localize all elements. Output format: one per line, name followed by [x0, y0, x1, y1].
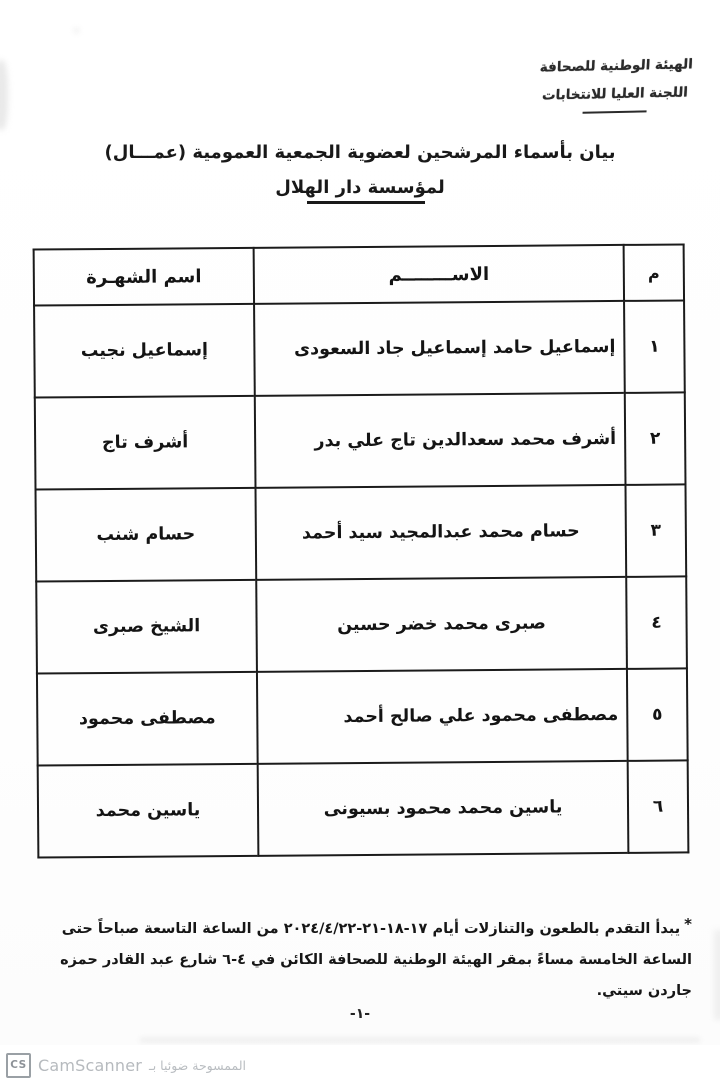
- scanned-document-page: الهيئة الوطنية للصحافة اللجنة العليا للا…: [0, 0, 720, 1085]
- document-title: بيان بأسماء المرشحين لعضوية الجمعية العم…: [0, 142, 720, 204]
- table-header-row: م الاســــــــم اسم الشهـرة: [34, 244, 684, 305]
- row-nickname: حسام شنب: [36, 488, 257, 582]
- camscanner-logo-icon: CS: [6, 1053, 31, 1078]
- camscanner-brand: CamScanner: [38, 1056, 142, 1075]
- header-index: م: [624, 244, 684, 300]
- table-row: ٣ حسام محمد عبدالمجيد سيد أحمد حسام شنب: [36, 484, 687, 581]
- table-row: ٤ صبرى محمد خضر حسين الشيخ صبرى: [36, 576, 687, 673]
- row-nickname: إسماعيل نجيب: [34, 304, 255, 398]
- stamp-line-2: اللجنة العليا للانتخابات: [522, 78, 708, 110]
- row-index: ١: [624, 300, 685, 392]
- handwritten-stamp: الهيئة الوطنية للصحافة اللجنة العليا للا…: [522, 50, 710, 115]
- row-index: ٥: [627, 668, 688, 760]
- candidates-table: م الاســــــــم اسم الشهـرة ١ إسماعيل حا…: [33, 243, 688, 858]
- row-index: ٤: [626, 576, 687, 668]
- title-main: بيان بأسماء المرشحين لعضوية الجمعية العم…: [0, 142, 720, 163]
- page-number: -١-: [0, 1006, 720, 1022]
- row-index: ٣: [625, 484, 686, 576]
- row-name: ياسين محمد محمود بسيونى: [258, 761, 629, 856]
- header-nickname: اسم الشهـرة: [34, 248, 254, 306]
- table-row: ٥ مصطفى محمود علي صالح أحمد مصطفى محمود: [37, 668, 688, 765]
- stamp-underline: [582, 110, 646, 114]
- row-nickname: مصطفى محمود: [37, 672, 258, 766]
- footnote-text-start: يبدأ التقدم بالطعون والتنازلات أيام: [427, 921, 680, 937]
- row-nickname: ياسين محمد: [38, 764, 259, 858]
- footnote: *يبدأ التقدم بالطعون والتنازلات أيام ٢٠٢…: [26, 908, 692, 1008]
- footnote-dates: ٢٠٢٤/٤/٢٢-٢١-١٨-١٧: [284, 914, 428, 945]
- row-nickname: أشرف تاج: [35, 396, 256, 490]
- row-index: ٦: [628, 760, 689, 852]
- row-name: حسام محمد عبدالمجيد سيد أحمد: [256, 485, 627, 580]
- stamp-line-1: الهيئة الوطنية للصحافة: [523, 50, 709, 82]
- header-name: الاســــــــم: [254, 245, 624, 304]
- footnote-bullet: *: [684, 915, 692, 933]
- camscanner-footer: CS CamScanner الممسوحة ضوئيا بـ: [0, 1045, 720, 1085]
- scan-artifact: [0, 60, 8, 130]
- table-row: ١ إسماعيل حامد إسماعيل جاد السعودى إسماع…: [34, 300, 685, 397]
- scan-artifact: [140, 1038, 700, 1042]
- row-name: مصطفى محمود علي صالح أحمد: [257, 669, 628, 764]
- scan-artifact: [74, 28, 79, 33]
- row-name: إسماعيل حامد إسماعيل جاد السعودى: [254, 301, 625, 396]
- row-index: ٢: [625, 392, 686, 484]
- table-row: ٢ أشرف محمد سعدالدين تاج علي بدر أشرف تا…: [35, 392, 686, 489]
- row-nickname: الشيخ صبرى: [36, 580, 257, 674]
- title-underline: [307, 201, 425, 204]
- row-name: صبرى محمد خضر حسين: [256, 577, 627, 672]
- title-subtitle: لمؤسسة دار الهلال: [275, 177, 444, 198]
- row-name: أشرف محمد سعدالدين تاج علي بدر: [255, 393, 626, 488]
- table-row: ٦ ياسين محمد محمود بسيونى ياسين محمد: [38, 760, 689, 857]
- camscanner-arabic-label: الممسوحة ضوئيا بـ: [149, 1058, 246, 1073]
